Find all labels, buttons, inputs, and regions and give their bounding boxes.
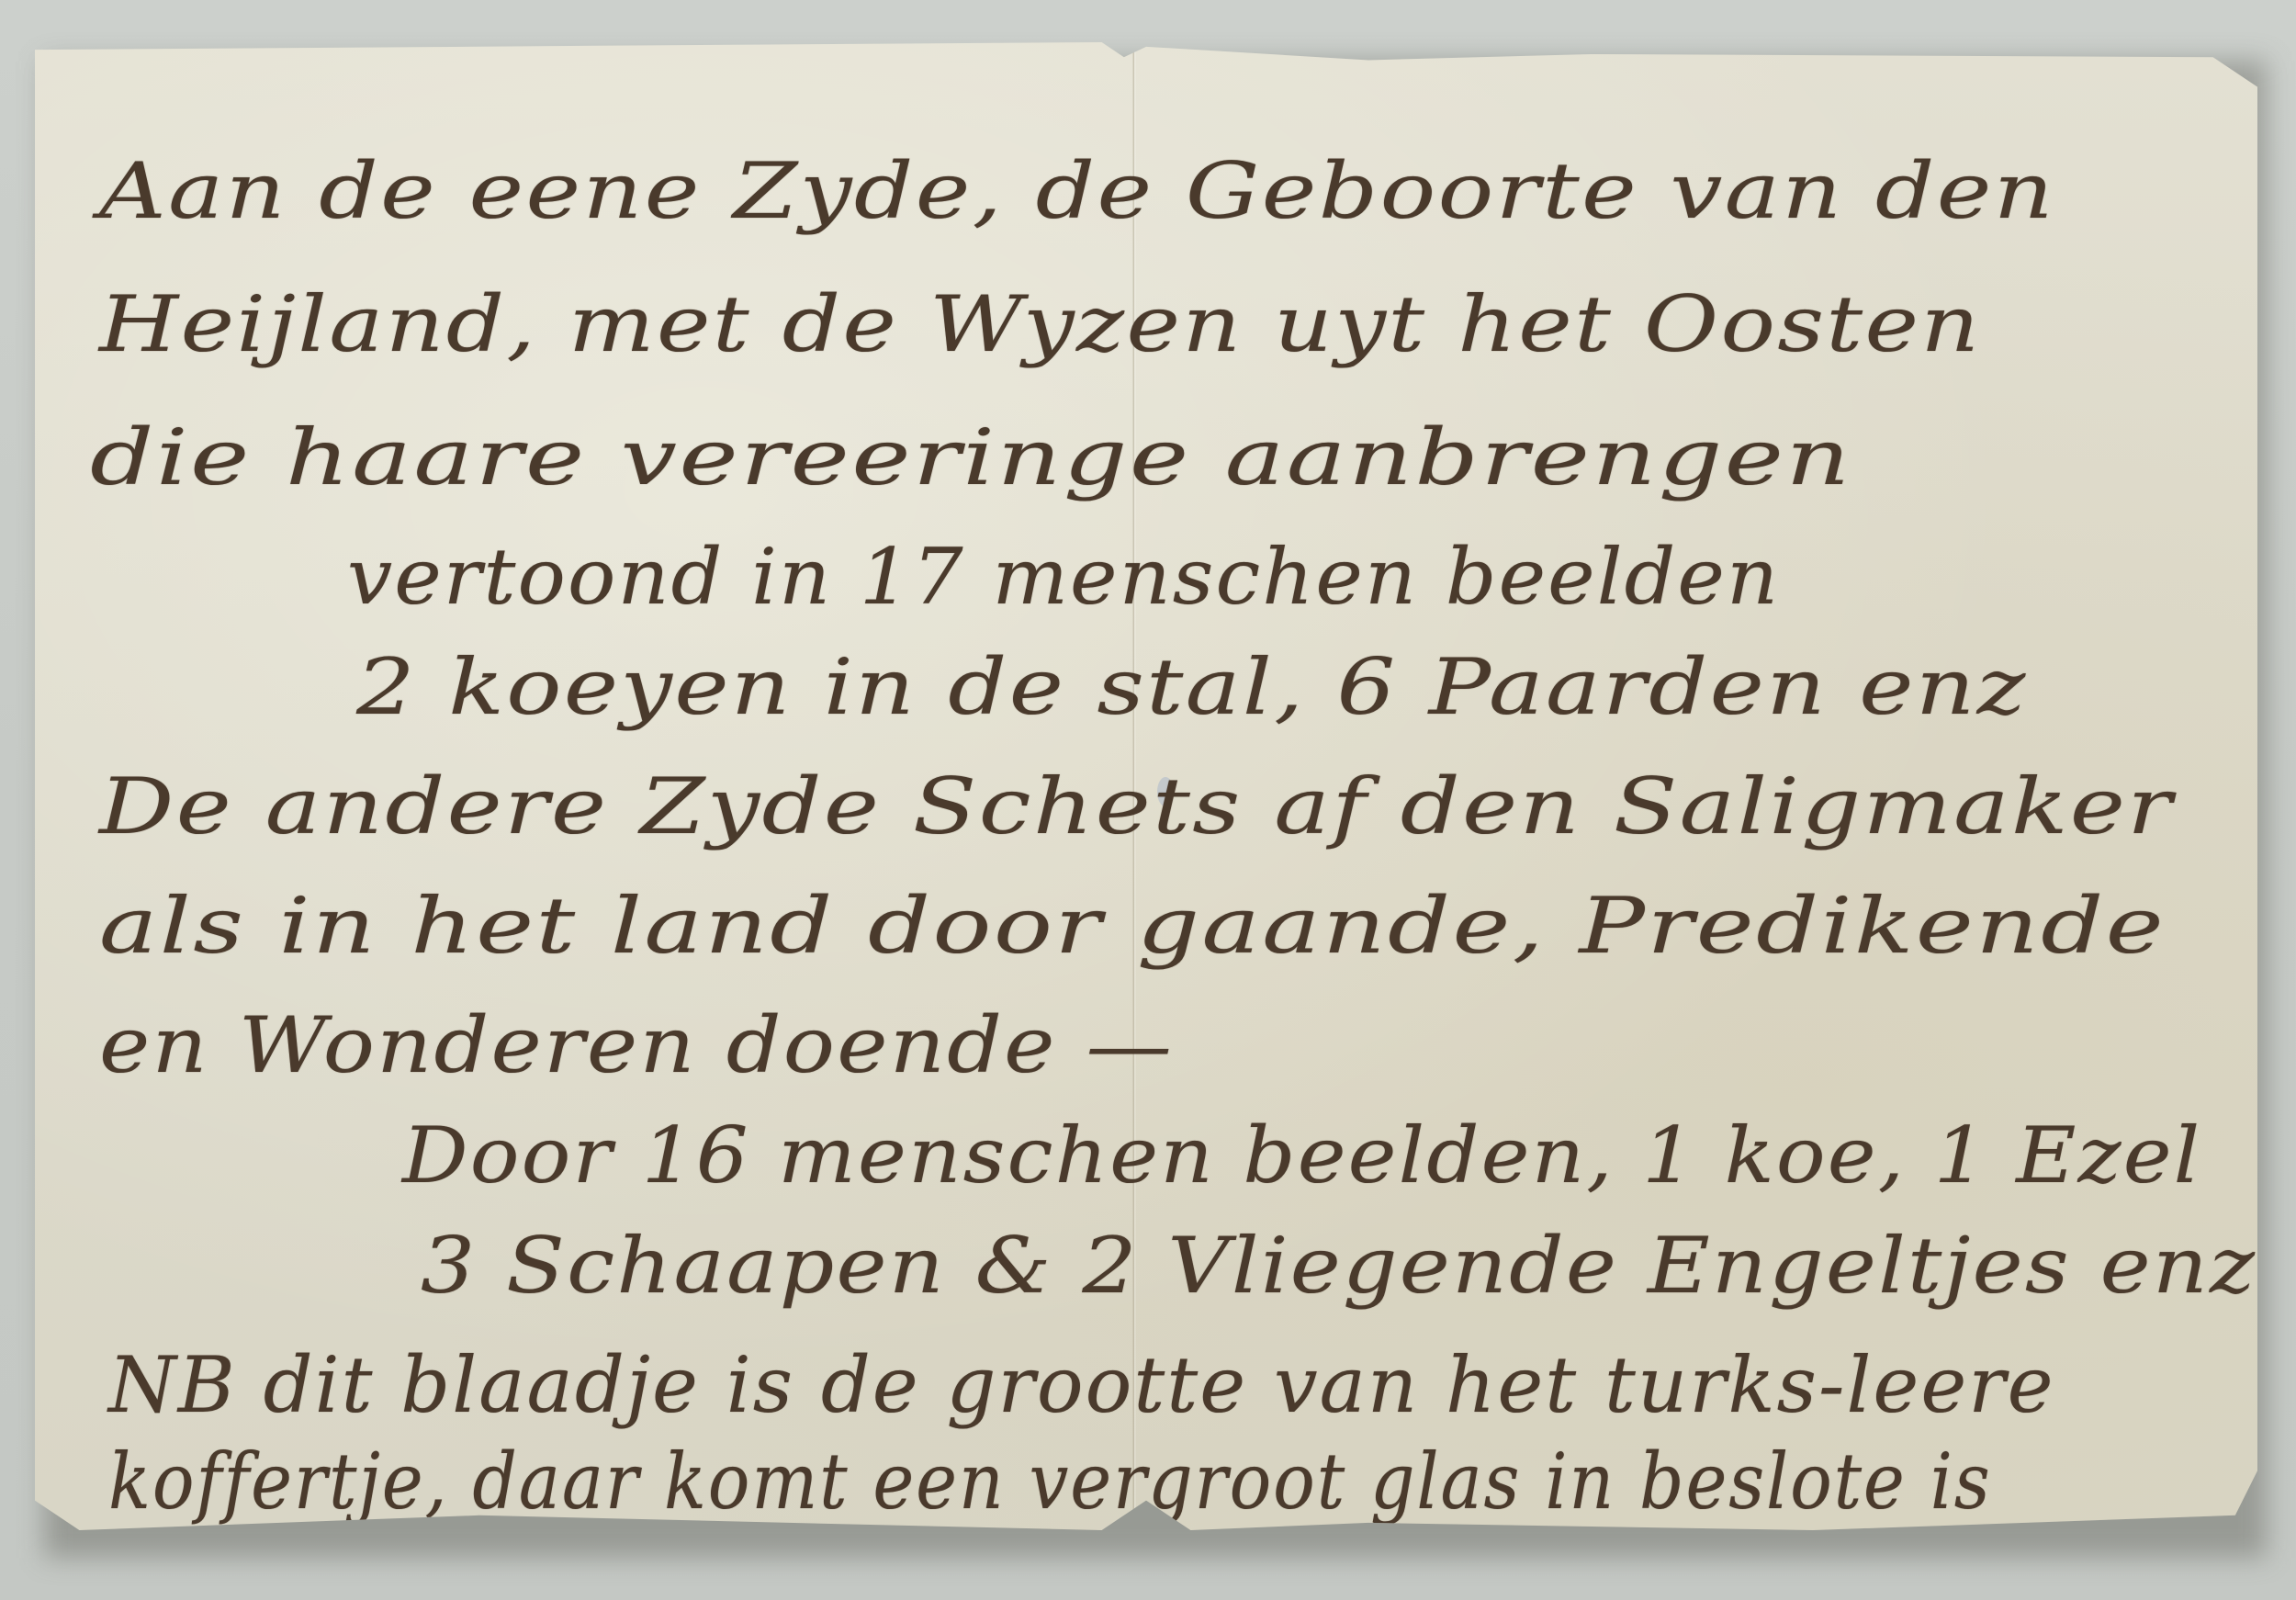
text-line-9: Door 16 menschen beelden, 1 koe, 1 Ezel (402, 1117, 2201, 1194)
text-line-8: en Wonderen doende — (99, 1007, 1174, 1084)
text-line-6: De andere Zyde Schets af den Saligmaker (99, 768, 2174, 845)
text-line-7: als in het land door gaande, Predikende (99, 887, 2166, 964)
text-line-5: 2 koeyen in de stal, 6 Paarden enz (356, 648, 2028, 726)
text-line-10: 3 Schaapen & 2 Vliegende Engeltjes enz (421, 1227, 2257, 1304)
text-line-11: NB dit blaadje is de grootte van het tur… (108, 1346, 2055, 1424)
text-line-2: Heijland, met de Wyzen uyt het Oosten (99, 286, 1981, 363)
paper-sheet: Aan de eene Zyde, de Geboorte van den He… (35, 42, 2257, 1530)
text-line-3: die haare vereeringe aanbrengen (90, 419, 1852, 496)
text-line-12: koffertje, daar komt een vergroot glas i… (108, 1443, 1991, 1520)
handwritten-text: Aan de eene Zyde, de Geboorte van den He… (35, 42, 2257, 1530)
text-line-1: Aan de eene Zyde, de Geboorte van den (99, 152, 2055, 230)
text-line-4: vertoond in 17 menschen beelden (347, 538, 1780, 615)
